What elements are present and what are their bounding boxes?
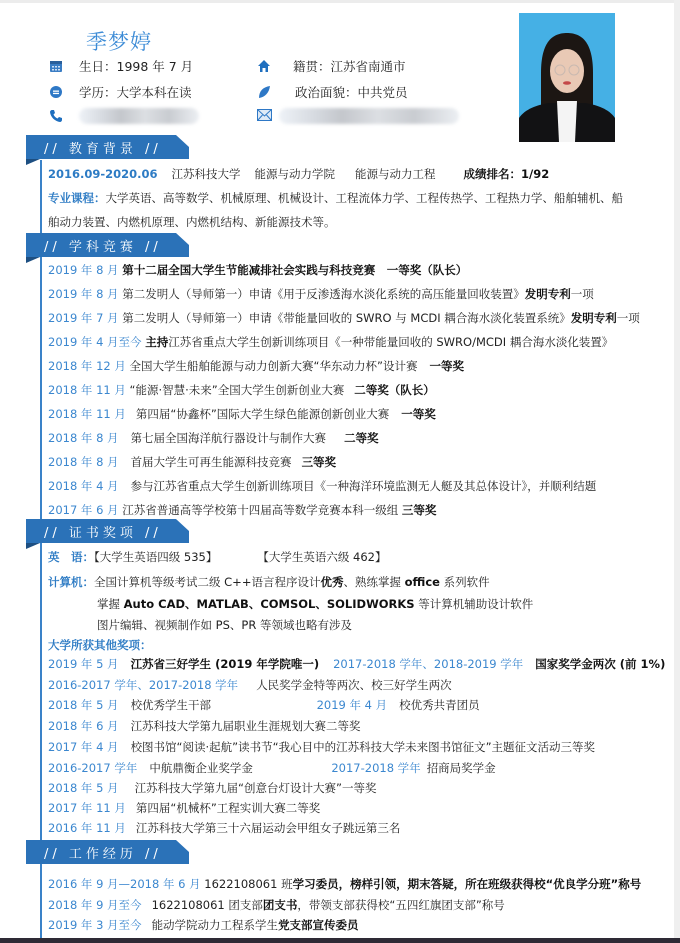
education-text: 学历：大学本科在读	[79, 83, 192, 101]
work-text: 能动学院动力工程系学生	[152, 918, 279, 932]
competition-item: 2018 年 4 月参与江苏省重点大学生创新训练项目《一种海洋环境监测无人艇及其…	[48, 478, 596, 494]
home-icon	[257, 59, 271, 73]
computer-text: 掌握	[97, 597, 124, 611]
header-fold	[26, 159, 40, 165]
work-item: 2018 年 9 月至今1622108061 团支部团支书，带领支部获得校“五四…	[48, 897, 505, 913]
item-date: 2019 年 4 月至今	[48, 335, 142, 349]
item-highlight: 三等奖	[402, 503, 437, 517]
work-date: 2016 年 9 月—2018 年 6 月	[48, 877, 201, 891]
competition-item: 2018 年 11 月第四届“协鑫杯”国际大学生绿色能源创新创业大赛一等奖	[48, 406, 436, 422]
award-date: 2018 年 5 月	[48, 698, 119, 712]
award-date: 2016 年 11 月	[48, 821, 126, 835]
work-text: 1622108061 团支部	[152, 898, 263, 912]
award-date: 2018 年 6 月	[48, 719, 119, 733]
work-highlight: 党支部宣传委员	[278, 918, 359, 932]
education-period: 2016.09-2020.06	[48, 167, 158, 181]
item-highlight: 一等奖	[401, 407, 436, 421]
education-college: 能源与动力学院	[255, 167, 336, 181]
competition-item: 2019 年 8 月 第二发明人（导师第一）申请《用于反渗透海水淡化系统的高压能…	[48, 286, 594, 302]
item-highlight: 发明专利	[571, 311, 617, 325]
courses-line2: 舶动力装置、内燃机原理、内燃机结构、新能源技术等。	[48, 215, 336, 229]
info-hometown: 籍贯：江苏省南通市	[257, 57, 406, 75]
courses-label: 专业课程：	[48, 191, 106, 205]
competition-item: 2017 年 6 月 江苏省普通高等学校第十四届高等数学竞赛本科一级组 三等奖	[48, 502, 436, 518]
item-tail: 一项	[571, 287, 594, 301]
award-text: 江苏科技大学第九届职业生涯规划大赛二等奖	[131, 719, 361, 733]
education-major: 能源与动力工程	[355, 167, 436, 181]
computer-row-2: 掌握 Auto CAD、MATLAB、COMSOL、SOLIDWORKS 等计算…	[97, 596, 533, 612]
competition-item: 2019 年 4 月至今 主持江苏省重点大学生创新训练项目《一种带能量回收的 S…	[48, 334, 613, 350]
section-title-competitions: // 学科竞赛 //	[26, 233, 189, 257]
award-item: 2016-2017 学年、2017-2018 学年人民奖学金特等两次、校三好学生…	[48, 677, 452, 693]
item-text: 参与江苏省重点大学生创新训练项目《一种海洋环境监测无人艇及其总体设计》，并顺利结…	[131, 479, 597, 493]
award-text: 江苏科技大学第三十六届运动会甲组女子跳远第三名	[136, 821, 401, 835]
courses-line1: 大学英语、高等数学、机械原理、机械设计、工程流体力学、工程传热学、工程热力学、船…	[106, 191, 624, 205]
hometown-text: 籍贯：江苏省南通市	[293, 57, 406, 75]
timeline-line	[40, 160, 42, 943]
section-title-education: // 教育背景 //	[26, 135, 189, 159]
computer-text: 图片编辑、视频制作如 PS、PR 等领域也略有涉及	[97, 618, 352, 632]
section-header-education: // 教育背景 //	[26, 135, 196, 159]
item-date: 2019 年 8 月	[48, 263, 119, 277]
competition-item: 2018 年 8 月第七届全国海洋航行器设计与制作大赛二等奖	[48, 430, 379, 446]
competition-item: 2018 年 11 月 “能源·智慧·未来”全国大学生创新创业大赛二等奖（队长）	[48, 382, 435, 398]
work-highlight: 学习委员，榜样引领，期末答疑，所在班级获得校“优良学分班”称号	[293, 877, 642, 891]
item-tail: 一项	[617, 311, 640, 325]
leaf-icon	[257, 85, 271, 99]
item-date: 2018 年 12 月	[48, 359, 126, 373]
political-text: 政治面貌：中共党员	[295, 83, 408, 101]
work-highlight: 团支书	[263, 898, 298, 912]
item-date: 2017 年 6 月	[48, 503, 119, 517]
work-item: 2016 年 9 月—2018 年 6 月 1622108061 班学习委员，榜…	[48, 876, 641, 892]
info-education: 学历：大学本科在读	[49, 83, 192, 101]
award-item: 2018 年 6 月江苏科技大学第九届职业生涯规划大赛二等奖	[48, 718, 361, 734]
work-text: 1622108061 班	[204, 877, 292, 891]
item-text: 第七届全国海洋航行器设计与制作大赛	[131, 431, 327, 445]
item-date: 2018 年 4 月	[48, 479, 119, 493]
section-title-certificates: // 证书奖项 //	[26, 519, 189, 543]
rank-value: 1/92	[521, 167, 549, 181]
award-item: 2018 年 5 月校优秀学生干部2019 年 4 月校优秀共青团员	[48, 697, 480, 713]
award-item: 2017 年 4 月校图书馆“阅读·起航”读书节“我心目中的江苏科技大学未来图书…	[48, 739, 595, 755]
item-highlight: 二等奖（队长）	[354, 383, 435, 397]
item-highlight: 第十二届全国大学生节能减排社会实践与科技竞赛 一等奖（队长）	[122, 263, 467, 277]
item-date: 2018 年 11 月	[48, 407, 126, 421]
section-header-work: // 工作经历 //	[26, 840, 196, 864]
page-top-edge	[0, 0, 680, 3]
candidate-name: 季梦婷	[86, 26, 152, 56]
item-highlight: 发明专利	[525, 287, 571, 301]
info-email	[257, 108, 459, 124]
award-date: 2019 年 5 月	[48, 657, 119, 671]
award-item: 2019 年 5 月江苏省三好学生 (2019 年学院唯一)2017-2018 …	[48, 656, 665, 672]
work-date: 2019 年 3 月至今	[48, 918, 142, 932]
item-text: 全国大学生船舶能源与动力创新大赛“华东动力杯”设计赛	[130, 359, 418, 373]
other-awards-label-row: 大学所获其他奖项：	[48, 637, 152, 653]
competition-item: 2018 年 12 月 全国大学生船舶能源与动力创新大赛“华东动力杯”设计赛一等…	[48, 358, 464, 374]
computer-highlight: 优秀	[320, 575, 343, 589]
section-header-competitions: // 学科竞赛 //	[26, 233, 196, 257]
award-highlight: 国家奖学金两次 (前 1%)	[535, 657, 665, 671]
award-text: 中航鼎衡企业奖学金	[149, 760, 331, 776]
computer-text: 、熟练掌握	[343, 575, 404, 589]
cet6-score: 【大学生英语六级 462】	[257, 550, 386, 564]
item-text: “能源·智慧·未来”全国大学生创新创业大赛	[130, 383, 345, 397]
award-text: 校优秀共青团员	[399, 698, 480, 712]
english-row: 英 语：【大学生英语四级 535】【大学生英语六级 462】	[48, 549, 386, 565]
profile-photo	[519, 13, 615, 142]
computer-row-3: 图片编辑、视频制作如 PS、PR 等领域也略有涉及	[97, 617, 352, 633]
courses-row: 专业课程：大学英语、高等数学、机械原理、机械设计、工程流体力学、工程传热学、工程…	[48, 190, 623, 206]
award-date: 2016-2017 学年	[48, 761, 137, 775]
rank-label: 成绩排名：	[464, 167, 522, 181]
item-highlight: 一等奖	[429, 359, 464, 373]
award-date: 2017 年 11 月	[48, 801, 126, 815]
email-redacted	[279, 108, 459, 124]
phone-redacted	[79, 108, 199, 124]
item-text: 第四届“协鑫杯”国际大学生绿色能源创新创业大赛	[136, 407, 389, 421]
education-icon	[49, 85, 63, 99]
award-date: 2017-2018 学年	[331, 761, 420, 775]
item-date: 2018 年 8 月	[48, 431, 119, 445]
item-text: 江苏省普通高等学校第十四届高等数学竞赛本科一级组	[122, 503, 398, 517]
computer-text: 全国计算机等级考试二级 C++语言程序设计	[94, 575, 320, 589]
award-date: 2017 年 4 月	[48, 740, 119, 754]
award-date: 2018 年 5 月	[48, 781, 119, 795]
computer-row: 计算机：全国计算机等级考试二级 C++语言程序设计优秀、熟练掌握 office …	[48, 574, 490, 590]
award-text: 第四届“机械杯”工程实训大赛二等奖	[136, 801, 320, 815]
award-text: 校图书馆“阅读·起航”读书节“我心目中的江苏科技大学未来图书馆征文”主题征文活动…	[131, 740, 595, 754]
page-right-edge	[674, 0, 680, 943]
work-tail: ，带领支部获得校“五四红旗团支部”称号	[297, 898, 504, 912]
education-school: 江苏科技大学	[172, 167, 241, 181]
item-highlight: 二等奖	[344, 431, 379, 445]
item-date: 2018 年 11 月	[48, 383, 126, 397]
award-highlight: 江苏省三好学生 (2019 年学院唯一)	[131, 657, 320, 671]
phone-icon	[49, 109, 63, 123]
computer-text: 等计算机辅助设计软件	[415, 597, 534, 611]
award-date: 2017-2018 学年、2018-2019 学年	[333, 657, 523, 671]
award-text: 校优秀学生干部	[131, 697, 317, 713]
award-date: 2019 年 4 月	[317, 698, 388, 712]
section-title-work: // 工作经历 //	[26, 840, 189, 864]
award-item: 2016 年 11 月江苏科技大学第三十六届运动会甲组女子跳远第三名	[48, 820, 400, 836]
award-item: 2016-2017 学年中航鼎衡企业奖学金2017-2018 学年招商局奖学金	[48, 760, 496, 776]
award-text: 人民奖学金特等两次、校三好学生两次	[256, 678, 452, 692]
work-date: 2018 年 9 月至今	[48, 898, 142, 912]
header-fold	[26, 257, 40, 263]
award-text: 招商局奖学金	[427, 761, 496, 775]
computer-highlight: office	[405, 575, 440, 589]
english-label: 英 语：	[48, 550, 94, 564]
education-row: 2016.09-2020.06江苏科技大学能源与动力学院能源与动力工程成绩排名：…	[48, 166, 549, 182]
section-header-certificates: // 证书奖项 //	[26, 519, 196, 543]
competition-item: 2019 年 8 月 第十二届全国大学生节能减排社会实践与科技竞赛 一等奖（队长…	[48, 262, 467, 278]
item-text: 第二发明人（导师第一）申请《用于反渗透海水淡化系统的高压能量回收装置》	[122, 287, 525, 301]
info-birthday: 生日：1998 年 7 月	[49, 57, 193, 75]
item-text: 第二发明人（导师第一）申请《带能量回收的 SWRO 与 MCDI 耦合海水淡化装…	[122, 311, 571, 325]
award-date: 2016-2017 学年、2017-2018 学年	[48, 678, 238, 692]
award-item: 2017 年 11 月第四届“机械杯”工程实训大赛二等奖	[48, 800, 320, 816]
calendar-icon	[49, 59, 63, 73]
info-political: 政治面貌：中共党员	[257, 83, 408, 101]
page-bottom-edge	[0, 938, 680, 943]
item-tail: 江苏省重点大学生创新训练项目《一种带能量回收的 SWRO/MCDI 耦合海水淡化…	[168, 335, 613, 349]
computer-label: 计算机：	[48, 575, 94, 589]
item-date: 2019 年 7 月	[48, 311, 119, 325]
item-highlight: 三等奖	[302, 455, 337, 469]
competition-item: 2019 年 7 月 第二发明人（导师第一）申请《带能量回收的 SWRO 与 M…	[48, 310, 640, 326]
header-fold	[26, 543, 40, 549]
birthday-text: 生日：1998 年 7 月	[79, 57, 193, 75]
competition-item: 2018 年 8 月首届大学生可再生能源科技竞赛三等奖	[48, 454, 336, 470]
item-date: 2019 年 8 月	[48, 287, 119, 301]
item-date: 2018 年 8 月	[48, 455, 119, 469]
courses-row-2: 舶动力装置、内燃机原理、内燃机结构、新能源技术等。	[48, 214, 336, 230]
work-item: 2019 年 3 月至今能动学院动力工程系学生党支部宣传委员	[48, 917, 359, 933]
cet4-score: 【大学生英语四级 535】	[94, 550, 217, 564]
info-phone	[49, 108, 199, 124]
award-item: 2018 年 5 月江苏科技大学第九届“创意台灯设计大赛”一等奖	[48, 780, 376, 796]
other-awards-label: 大学所获其他奖项：	[48, 638, 152, 652]
mail-icon	[257, 109, 271, 123]
computer-text: 系列软件	[440, 575, 490, 589]
item-text: 首届大学生可再生能源科技竞赛	[131, 455, 292, 469]
award-text: 江苏科技大学第九届“创意台灯设计大赛”一等奖	[135, 781, 377, 795]
computer-highlight: Auto CAD、MATLAB、COMSOL、SOLIDWORKS	[124, 597, 415, 611]
item-highlight: 主持	[145, 335, 168, 349]
